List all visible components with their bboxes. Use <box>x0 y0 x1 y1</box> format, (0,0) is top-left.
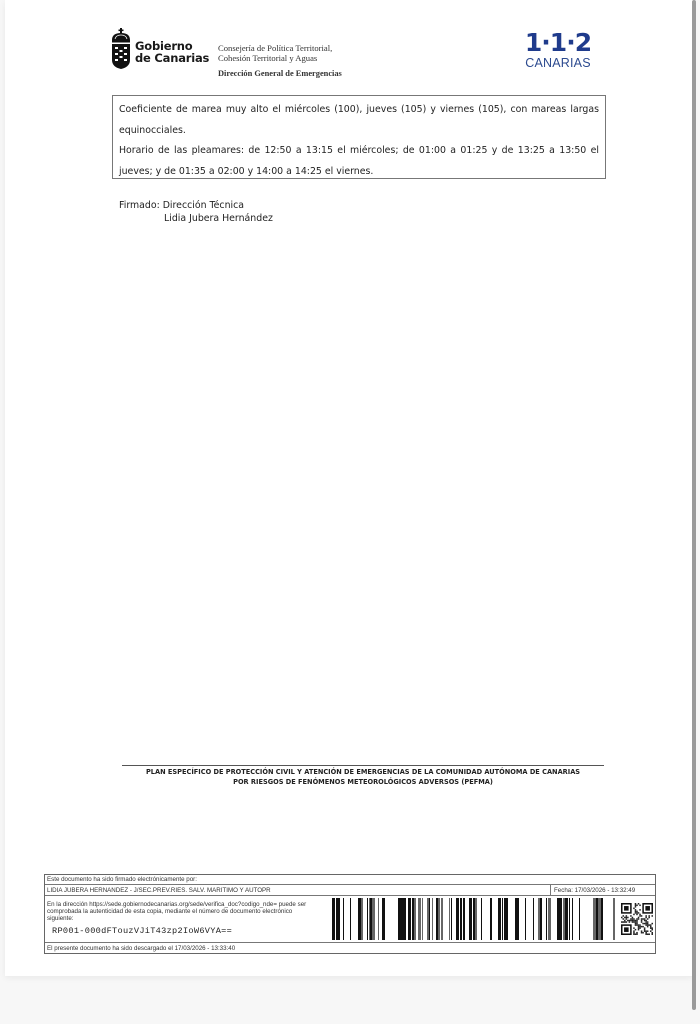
logo-112-label: CANARIAS <box>522 56 594 70</box>
plan-title: PLAN ESPECÍFICO DE PROTECCIÓN CIVIL Y AT… <box>112 768 614 787</box>
signature-date: Fecha: 17/03/2026 - 13:32:49 <box>550 885 638 895</box>
logo-112-canarias: 1·1·2 CANARIAS <box>522 30 594 70</box>
logo-112-number: 1·1·2 <box>522 30 594 56</box>
qr-code-icon[interactable] <box>621 903 653 935</box>
signature-name: Lidia Jubera Hernández <box>119 212 273 225</box>
consejeria-line2: Cohesión Territorial y Aguas <box>218 53 332 63</box>
consejeria-name: Consejería de Política Territorial, Cohe… <box>218 43 332 63</box>
barcode-icon <box>325 898 615 940</box>
plan-title-line1: PLAN ESPECÍFICO DE PROTECCIÓN CIVIL Y AT… <box>112 768 614 778</box>
signature-block: Firmado: Dirección Técnica Lidia Jubera … <box>119 199 273 225</box>
signature-label: Firmado: Dirección Técnica <box>119 199 273 212</box>
signer-row: LIDIA JUBERA HERNANDEZ - J/SEC.PREV.RIES… <box>45 885 655 896</box>
notice-box: Coeficiente de marea muy alto el miércol… <box>112 95 606 179</box>
verification-row: En la dirección https://sede.gobiernodec… <box>45 896 655 943</box>
document-code: RP001-000dFTouzVJiT43zp2IoW6VYA== <box>52 926 232 936</box>
gobierno-logo-text: Gobierno de Canarias <box>135 40 209 64</box>
direccion-general: Dirección General de Emergencias <box>218 69 342 78</box>
coat-of-arms-icon <box>108 28 134 70</box>
consejeria-line1: Consejería de Política Territorial, <box>218 43 332 53</box>
vertical-scrollbar[interactable] <box>692 0 696 1010</box>
signer-name: LIDIA JUBERA HERNANDEZ - J/SEC.PREV.RIES… <box>47 887 271 894</box>
plan-title-line2: POR RIESGOS DE FENÓMENOS METEOROLÓGICOS … <box>112 778 614 788</box>
download-info: El presente documento ha sido descargado… <box>45 943 655 954</box>
gobierno-line2: de Canarias <box>135 52 209 64</box>
signed-by-label: Este documento ha sido firmado electróni… <box>45 875 655 885</box>
electronic-signature-block: Este documento ha sido firmado electróni… <box>44 874 656 954</box>
notice-paragraph-tides: Coeficiente de marea muy alto el miércol… <box>119 100 599 141</box>
notice-paragraph-schedule: Horario de las pleamares: de 12:50 a 13:… <box>119 141 599 182</box>
plan-divider <box>122 765 604 766</box>
verification-text: En la dirección https://sede.gobiernodec… <box>47 902 319 922</box>
